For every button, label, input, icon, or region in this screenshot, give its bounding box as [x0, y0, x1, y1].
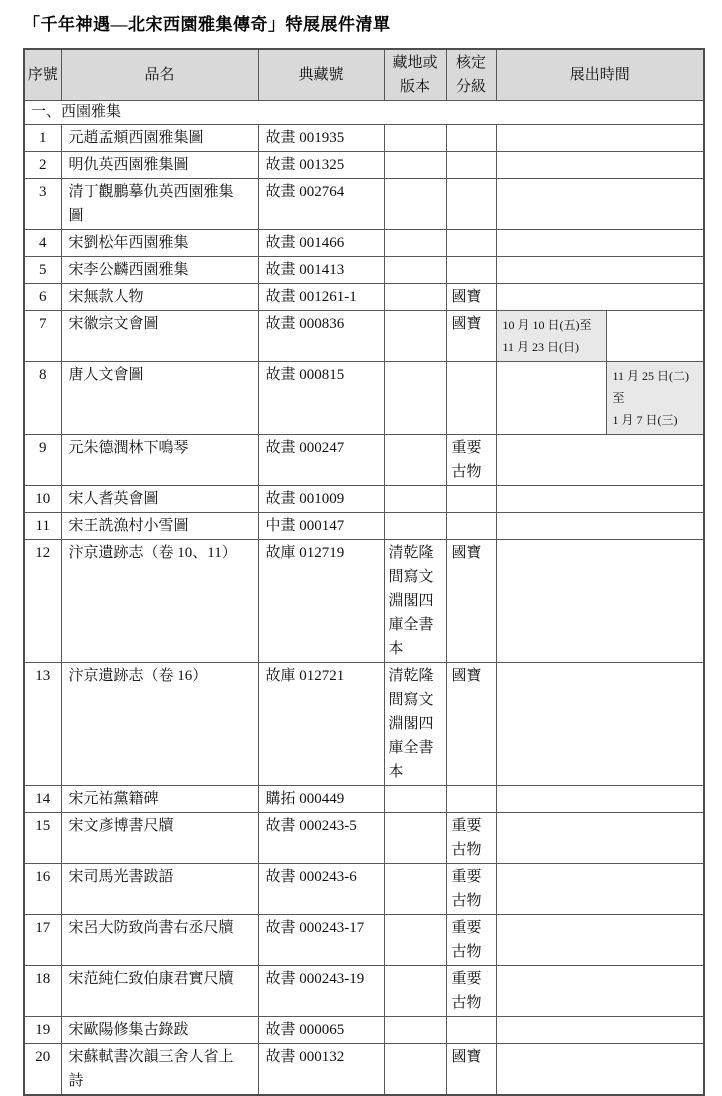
row-accession-number: 中畫 000147 — [258, 513, 384, 540]
row-exhibition-time: 10 月 10 日(五)至 11 月 23 日(日) — [496, 311, 704, 362]
row-accession-number: 故書 000243-19 — [258, 966, 384, 1017]
row-serial-number: 5 — [24, 257, 61, 284]
row-exhibition-time — [496, 786, 704, 813]
row-approved-grade: 重要 古物 — [446, 915, 496, 966]
row-exhibition-time — [496, 813, 704, 864]
section-row: 一、西園雅集 — [24, 101, 704, 125]
row-location-or-version — [384, 152, 446, 179]
row-accession-number: 故書 000132 — [258, 1044, 384, 1096]
row-approved-grade — [446, 125, 496, 152]
row-exhibition-time — [496, 864, 704, 915]
row-item-name: 唐人文會圖 — [61, 362, 258, 435]
row-item-name: 元朱德潤林下鳴琴 — [61, 435, 258, 486]
row-exhibition-time — [496, 152, 704, 179]
row-item-name: 元趙孟頫西園雅集圖 — [61, 125, 258, 152]
row-exhibition-time — [496, 513, 704, 540]
row-approved-grade — [446, 486, 496, 513]
header-location-or-version: 藏地或 版本 — [384, 49, 446, 101]
row-location-or-version — [384, 786, 446, 813]
table-row: 20宋蘇軾書次韻三舍人省上 詩故書 000132國寶 — [24, 1044, 704, 1096]
row-accession-number: 故庫 012719 — [258, 540, 384, 663]
row-item-name: 宋李公麟西園雅集 — [61, 257, 258, 284]
row-location-or-version — [384, 813, 446, 864]
row-exhibition-time — [496, 179, 704, 230]
row-accession-number: 故畫 000247 — [258, 435, 384, 486]
document-page: 「千年神遇—北宋西園雅集傳奇」特展展件清單 序號 品名 典藏號 藏地或 版本 核… — [0, 0, 722, 1024]
exhibition-time-slot-2: 11 月 25 日(二)至 1 月 7 日(三) — [607, 362, 704, 434]
row-item-name: 宋呂大防致尚書右丞尺牘 — [61, 915, 258, 966]
row-location-or-version — [384, 966, 446, 1017]
row-serial-number: 17 — [24, 915, 61, 966]
row-exhibition-time — [496, 435, 704, 486]
exhibition-time-slot-2 — [607, 311, 704, 361]
table-row: 17宋呂大防致尚書右丞尺牘故書 000243-17重要 古物 — [24, 915, 704, 966]
row-accession-number: 購拓 000449 — [258, 786, 384, 813]
page-title: 「千年神遇—北宋西園雅集傳奇」特展展件清單 — [23, 10, 722, 35]
row-item-name: 宋歐陽修集古錄跋 — [61, 1017, 258, 1044]
row-item-name: 宋蘇軾書次韻三舍人省上 詩 — [61, 1044, 258, 1096]
row-serial-number: 13 — [24, 663, 61, 786]
row-item-name: 宋劉松年西園雅集 — [61, 230, 258, 257]
row-location-or-version — [384, 257, 446, 284]
row-approved-grade: 國寶 — [446, 663, 496, 786]
row-serial-number: 20 — [24, 1044, 61, 1096]
row-location-or-version — [384, 311, 446, 362]
row-serial-number: 16 — [24, 864, 61, 915]
table-row: 19宋歐陽修集古錄跋故書 000065 — [24, 1017, 704, 1044]
row-serial-number: 10 — [24, 486, 61, 513]
table-row: 5宋李公麟西園雅集故畫 001413 — [24, 257, 704, 284]
row-serial-number: 19 — [24, 1017, 61, 1044]
header-serial-number: 序號 — [24, 49, 61, 101]
row-approved-grade — [446, 152, 496, 179]
row-item-name: 宋王詵漁村小雪圖 — [61, 513, 258, 540]
row-location-or-version — [384, 179, 446, 230]
row-serial-number: 2 — [24, 152, 61, 179]
row-approved-grade: 重要 古物 — [446, 435, 496, 486]
row-serial-number: 8 — [24, 362, 61, 435]
row-serial-number: 11 — [24, 513, 61, 540]
row-location-or-version — [384, 915, 446, 966]
section-label: 一、西園雅集 — [24, 101, 704, 125]
row-exhibition-time — [496, 125, 704, 152]
row-approved-grade: 國寶 — [446, 311, 496, 362]
row-location-or-version — [384, 1044, 446, 1096]
row-serial-number: 9 — [24, 435, 61, 486]
row-accession-number: 故書 000243-6 — [258, 864, 384, 915]
table-row: 7宋徽宗文會圖故畫 000836國寶10 月 10 日(五)至 11 月 23 … — [24, 311, 704, 362]
row-item-name: 宋司馬光書跋語 — [61, 864, 258, 915]
row-approved-grade — [446, 1017, 496, 1044]
table-row: 2明仇英西園雅集圖故畫 001325 — [24, 152, 704, 179]
row-accession-number: 故書 000243-5 — [258, 813, 384, 864]
row-item-name: 宋無款人物 — [61, 284, 258, 311]
exhibition-time-slot-1 — [497, 362, 607, 434]
row-item-name: 宋徽宗文會圖 — [61, 311, 258, 362]
row-location-or-version — [384, 435, 446, 486]
row-location-or-version — [384, 864, 446, 915]
row-serial-number: 3 — [24, 179, 61, 230]
row-location-or-version: 清乾隆 間寫文 淵閣四 庫全書 本 — [384, 663, 446, 786]
row-item-name: 汴京遺跡志（卷 10、11） — [61, 540, 258, 663]
row-item-name: 宋元祐黨籍碑 — [61, 786, 258, 813]
table-header: 序號 品名 典藏號 藏地或 版本 核定 分級 展出時間 — [24, 49, 704, 101]
table-row: 1元趙孟頫西園雅集圖故畫 001935 — [24, 125, 704, 152]
row-approved-grade: 國寶 — [446, 540, 496, 663]
row-exhibition-time — [496, 230, 704, 257]
table-row: 16宋司馬光書跋語故書 000243-6重要 古物 — [24, 864, 704, 915]
table-row: 8唐人文會圖故畫 00081511 月 25 日(二)至 1 月 7 日(三) — [24, 362, 704, 435]
row-exhibition-time — [496, 915, 704, 966]
row-exhibition-time — [496, 663, 704, 786]
row-item-name: 宋范純仁致伯康君實尺牘 — [61, 966, 258, 1017]
row-approved-grade — [446, 179, 496, 230]
row-accession-number: 故畫 001935 — [258, 125, 384, 152]
row-exhibition-time — [496, 284, 704, 311]
table-row: 14宋元祐黨籍碑購拓 000449 — [24, 786, 704, 813]
row-item-name: 宋文彥博書尺牘 — [61, 813, 258, 864]
table-row: 9元朱德潤林下鳴琴故畫 000247重要 古物 — [24, 435, 704, 486]
row-accession-number: 故畫 001009 — [258, 486, 384, 513]
row-location-or-version: 清乾隆 間寫文 淵閣四 庫全書 本 — [384, 540, 446, 663]
table-row: 4宋劉松年西園雅集故畫 001466 — [24, 230, 704, 257]
row-serial-number: 7 — [24, 311, 61, 362]
row-accession-number: 故畫 000815 — [258, 362, 384, 435]
table-row: 13汴京遺跡志（卷 16）故庫 012721清乾隆 間寫文 淵閣四 庫全書 本國… — [24, 663, 704, 786]
row-approved-grade: 重要 古物 — [446, 813, 496, 864]
row-serial-number: 14 — [24, 786, 61, 813]
table-row: 15宋文彥博書尺牘故書 000243-5重要 古物 — [24, 813, 704, 864]
table-row: 10宋人耆英會圖故畫 001009 — [24, 486, 704, 513]
header-approved-grade: 核定 分級 — [446, 49, 496, 101]
row-serial-number: 6 — [24, 284, 61, 311]
row-location-or-version — [384, 362, 446, 435]
row-approved-grade: 重要 古物 — [446, 864, 496, 915]
row-accession-number: 故書 000065 — [258, 1017, 384, 1044]
row-exhibition-time — [496, 257, 704, 284]
row-item-name: 宋人耆英會圖 — [61, 486, 258, 513]
row-accession-number: 故畫 001466 — [258, 230, 384, 257]
row-accession-number: 故畫 001413 — [258, 257, 384, 284]
header-accession-number: 典藏號 — [258, 49, 384, 101]
row-serial-number: 4 — [24, 230, 61, 257]
table-body: 1元趙孟頫西園雅集圖故畫 0019352明仇英西園雅集圖故畫 0013253清丁… — [24, 125, 704, 1096]
exhibition-time-slot-1: 10 月 10 日(五)至 11 月 23 日(日) — [497, 311, 607, 361]
table-row: 18宋范純仁致伯康君實尺牘故書 000243-19重要 古物 — [24, 966, 704, 1017]
row-item-name: 汴京遺跡志（卷 16） — [61, 663, 258, 786]
row-location-or-version — [384, 513, 446, 540]
exhibit-list-table: 序號 品名 典藏號 藏地或 版本 核定 分級 展出時間 一、西園雅集 1元趙孟頫… — [23, 48, 705, 1096]
row-approved-grade: 重要 古物 — [446, 966, 496, 1017]
row-location-or-version — [384, 284, 446, 311]
row-exhibition-time — [496, 540, 704, 663]
row-item-name: 明仇英西園雅集圖 — [61, 152, 258, 179]
row-approved-grade — [446, 257, 496, 284]
row-approved-grade: 國寶 — [446, 284, 496, 311]
row-approved-grade — [446, 362, 496, 435]
row-approved-grade — [446, 513, 496, 540]
row-serial-number: 15 — [24, 813, 61, 864]
row-location-or-version — [384, 1017, 446, 1044]
row-accession-number: 故畫 002764 — [258, 179, 384, 230]
row-accession-number: 故書 000243-17 — [258, 915, 384, 966]
row-serial-number: 12 — [24, 540, 61, 663]
row-serial-number: 18 — [24, 966, 61, 1017]
row-exhibition-time — [496, 1017, 704, 1044]
table-row: 12汴京遺跡志（卷 10、11）故庫 012719清乾隆 間寫文 淵閣四 庫全書… — [24, 540, 704, 663]
row-location-or-version — [384, 230, 446, 257]
row-serial-number: 1 — [24, 125, 61, 152]
row-approved-grade: 國寶 — [446, 1044, 496, 1096]
table-row: 6宋無款人物故畫 001261-1國寶 — [24, 284, 704, 311]
header-exhibition-time: 展出時間 — [496, 49, 704, 101]
row-exhibition-time — [496, 1044, 704, 1096]
row-approved-grade — [446, 230, 496, 257]
row-exhibition-time — [496, 486, 704, 513]
table-row: 3清丁觀鵬摹仇英西園雅集 圖故畫 002764 — [24, 179, 704, 230]
row-approved-grade — [446, 786, 496, 813]
table-row: 11宋王詵漁村小雪圖中畫 000147 — [24, 513, 704, 540]
row-location-or-version — [384, 125, 446, 152]
row-exhibition-time: 11 月 25 日(二)至 1 月 7 日(三) — [496, 362, 704, 435]
header-item-name: 品名 — [61, 49, 258, 101]
row-accession-number: 故畫 001261-1 — [258, 284, 384, 311]
row-accession-number: 故畫 001325 — [258, 152, 384, 179]
row-location-or-version — [384, 486, 446, 513]
row-accession-number: 故庫 012721 — [258, 663, 384, 786]
row-item-name: 清丁觀鵬摹仇英西園雅集 圖 — [61, 179, 258, 230]
row-accession-number: 故畫 000836 — [258, 311, 384, 362]
row-exhibition-time — [496, 966, 704, 1017]
